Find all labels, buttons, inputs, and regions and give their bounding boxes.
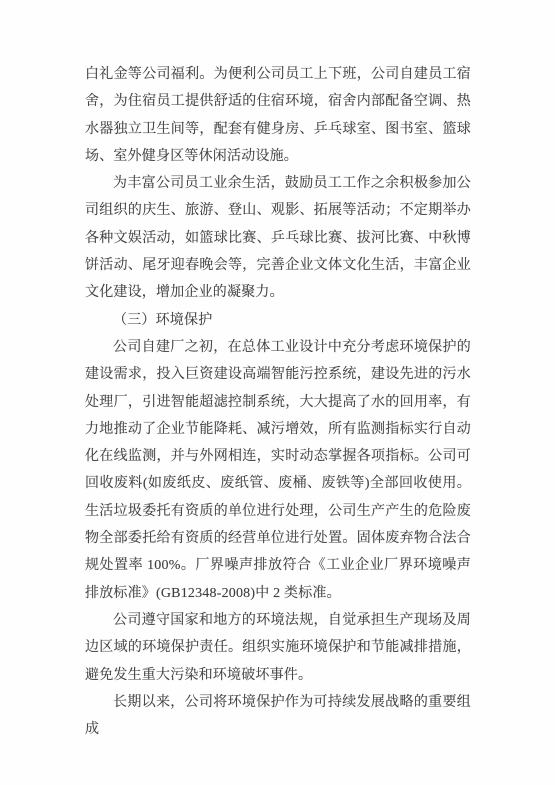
document-page: 白礼金等公司福利。为便利公司员工上下班，公司自建员工宿舍，为住宿员工提供舒适的住… bbox=[0, 0, 555, 785]
paragraph-environmental-compliance: 公司遵守国家和地方的环境法规，自觉承担生产现场及周边区域的环境保护责任。组织实施… bbox=[85, 607, 471, 689]
document-body: 白礼金等公司福利。为便利公司员工上下班，公司自建员工宿舍，为住宿员工提供舒适的住… bbox=[85, 61, 471, 743]
paragraph-sustainable-development: 长期以来，公司将环境保护作为可持续发展战略的重要组成 bbox=[85, 689, 471, 744]
paragraph-employee-activities: 为丰富公司员工业余生活，鼓励员工工作之余积极参加公司组织的庆生、旅游、登山、观影… bbox=[85, 170, 471, 306]
paragraph-pollution-control: 公司自建厂之初，在总体工业设计中充分考虑环境保护的建设需求，投入巨资建设高端智能… bbox=[85, 334, 471, 607]
paragraph-welfare-continuation: 白礼金等公司福利。为便利公司员工上下班，公司自建员工宿舍，为住宿员工提供舒适的住… bbox=[85, 61, 471, 170]
section-heading-environmental-protection: （三）环境保护 bbox=[85, 307, 471, 334]
